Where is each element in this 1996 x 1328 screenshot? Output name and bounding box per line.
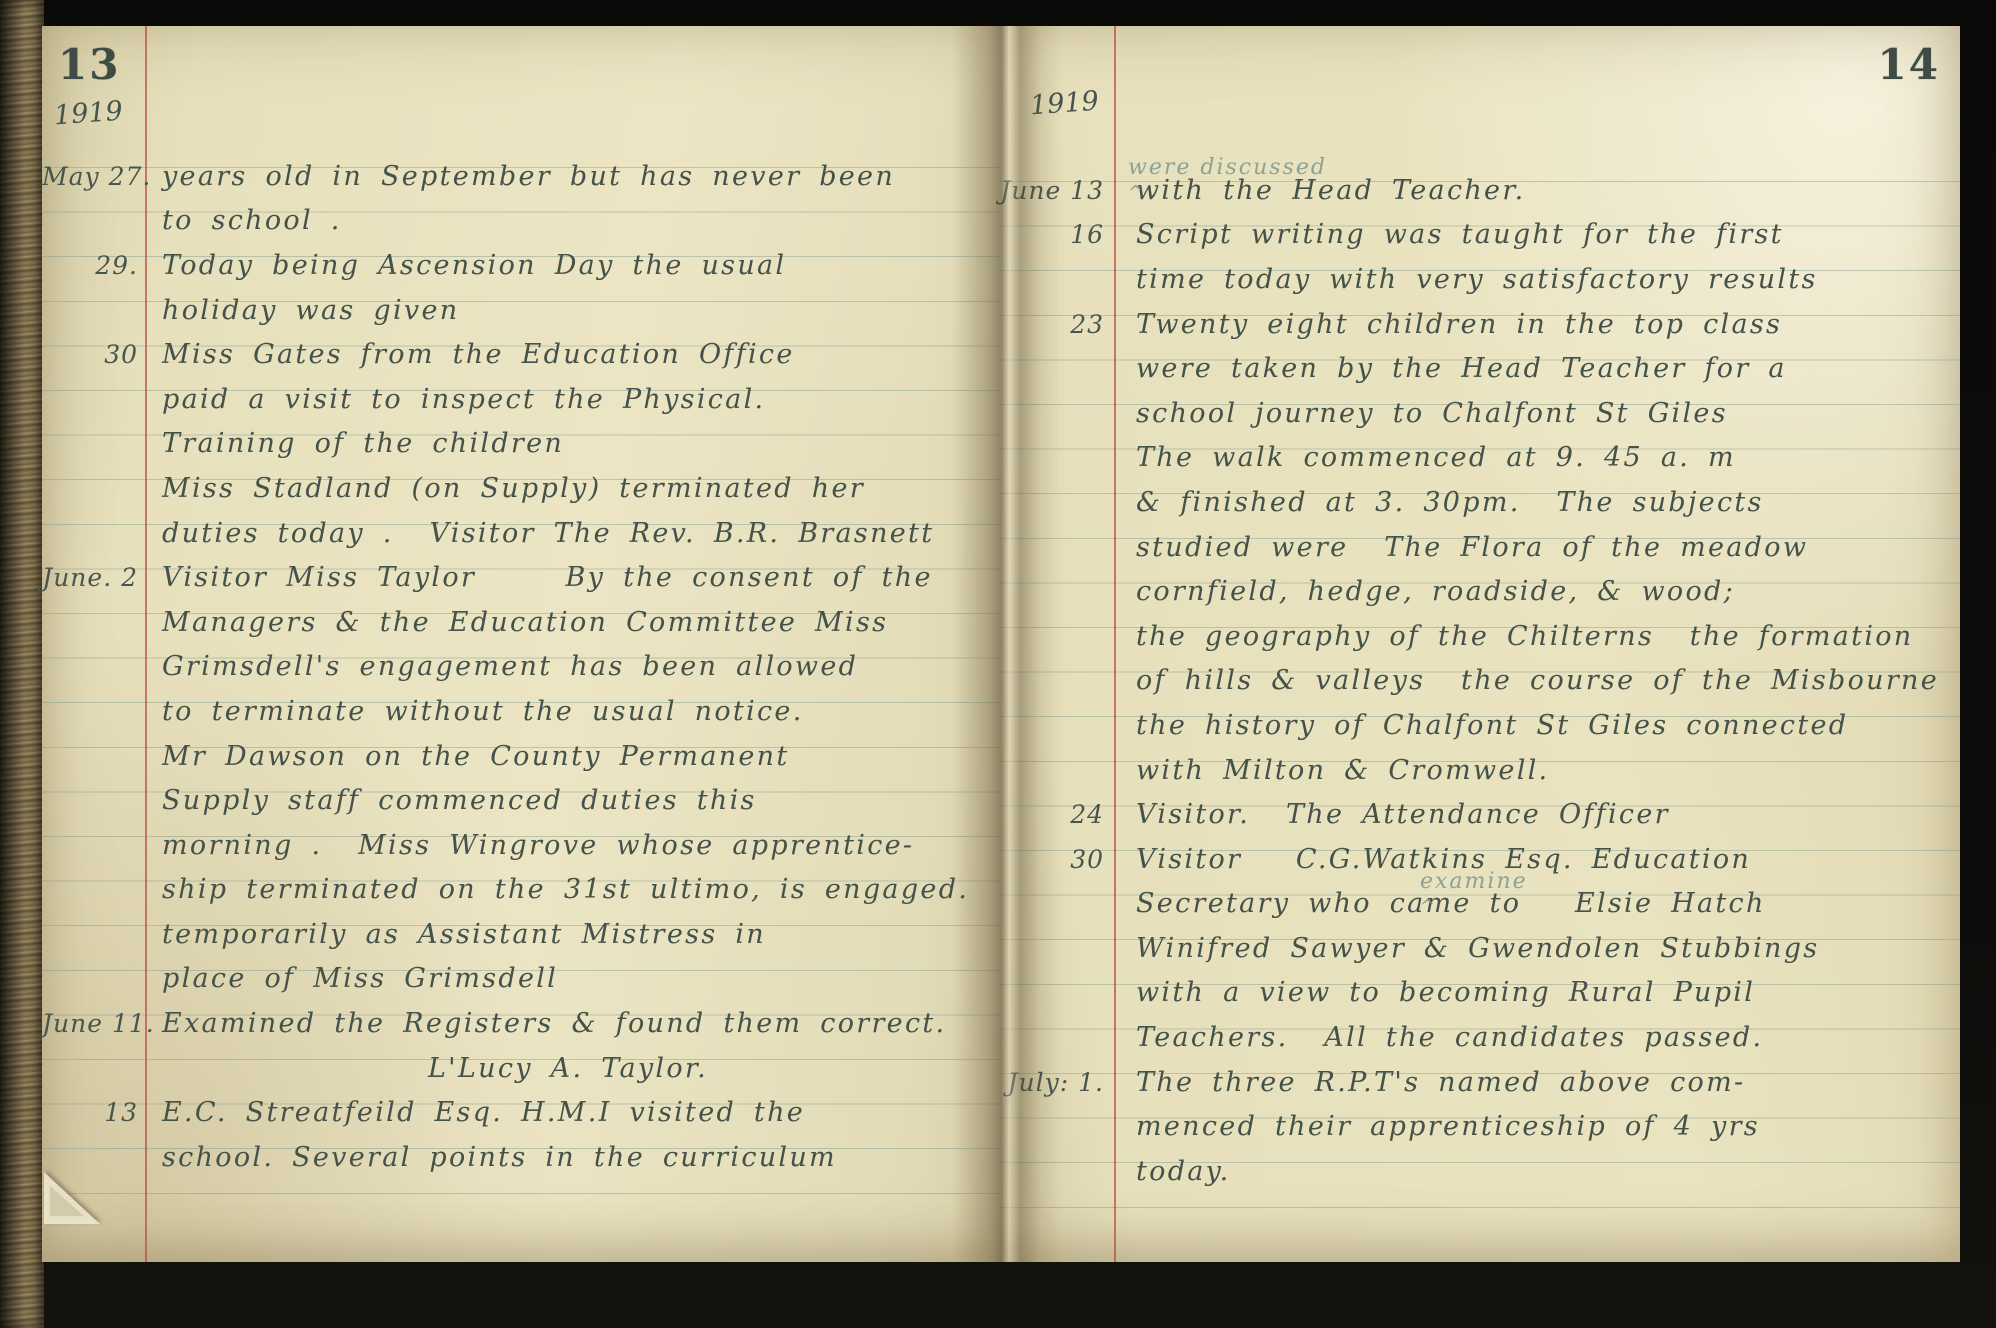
entry-text: menced their apprenticeship of 4 yrs — [1136, 1111, 1760, 1142]
year-heading: 1919 — [53, 96, 124, 132]
entry-line: paid a visit to inspect the Physical. — [42, 377, 994, 422]
entry-line: Mr Dawson on the County Permanent — [42, 734, 994, 779]
page-number: 14 — [1878, 40, 1940, 89]
entry-line: school journey to Chalfont St Giles — [1000, 391, 1954, 436]
page-13: 13 1919 May 27.years old in September bu… — [42, 26, 1000, 1262]
entry-date: 29. — [42, 251, 142, 280]
entry-text: duties today . Visitor The Rev. B.R. Bra… — [162, 518, 934, 549]
entry-line: holiday was given — [42, 288, 994, 333]
entry-line: studied were The Flora of the meadow — [1000, 525, 1954, 570]
year-heading: 1919 — [1029, 86, 1100, 122]
page-14: 14 1919 June 13with the Head Teacher.wer… — [1000, 26, 1960, 1262]
entry-line: 30Miss Gates from the Education Office — [42, 332, 994, 377]
entry-text: ship terminated on the 31st ultimo, is e… — [162, 874, 969, 905]
entry-text: holiday was given — [162, 295, 459, 326]
entry-text: today. — [1136, 1156, 1231, 1187]
entry-text: paid a visit to inspect the Physical. — [162, 384, 765, 415]
entry-text: Managers & the Education Committee Miss — [162, 607, 888, 638]
entry-text: L'Lucy A. Taylor. — [428, 1053, 708, 1084]
entry-line: 23Twenty eight children in the top class — [1000, 302, 1954, 347]
entry-text: Today being Ascension Day the usual — [162, 250, 786, 281]
entry-text: Twenty eight children in the top class — [1136, 309, 1782, 340]
entry-line: L'Lucy A. Taylor. — [42, 1046, 994, 1091]
entry-text: The walk commenced at 9. 45 a. m — [1136, 442, 1736, 473]
entry-line: the geography of the Chilterns the forma… — [1000, 614, 1954, 659]
entry-line: 24Visitor. The Attendance Officer — [1000, 792, 1954, 837]
entry-text: E.C. Streatfeild Esq. H.M.I visited the — [162, 1097, 805, 1128]
entry-date: 16 — [1000, 220, 1116, 249]
entry-text: studied were The Flora of the meadow — [1136, 532, 1808, 563]
entry-line: June 11.Examined the Registers & found t… — [42, 1001, 994, 1046]
entry-line: of hills & valleys the course of the Mis… — [1000, 659, 1954, 704]
book-page-edges — [0, 0, 44, 1328]
entry-line: June 13with the Head Teacher.were discus… — [1000, 168, 1954, 213]
entry-line: time today with very satisfactory result… — [1000, 257, 1954, 302]
folded-corner — [44, 1172, 100, 1224]
entry-text: to terminate without the usual notice. — [162, 696, 804, 727]
entry-text: place of Miss Grimsdell — [162, 963, 558, 994]
entry-text: with a view to becoming Rural Pupil — [1136, 977, 1755, 1008]
entry-text: Examined the Registers & found them corr… — [162, 1008, 946, 1039]
entry-line: 16Script writing was taught for the firs… — [1000, 213, 1954, 258]
entry-text: temporarily as Assistant Mistress in — [162, 919, 766, 950]
entry-date: 23 — [1000, 310, 1116, 339]
entry-line: Teachers. All the candidates passed. — [1000, 1015, 1954, 1060]
entry-date: July: 1. — [1000, 1068, 1116, 1097]
entry-line: 29.Today being Ascension Day the usual — [42, 243, 994, 288]
entry-line: Grimsdell's engagement has been allowed — [42, 645, 994, 690]
entry-text: time today with very satisfactory result… — [1136, 264, 1818, 295]
entry-date: June 11. — [42, 1009, 142, 1038]
entry-text: school journey to Chalfont St Giles — [1136, 398, 1728, 429]
entry-line: The walk commenced at 9. 45 a. m — [1000, 436, 1954, 481]
entry-text: Miss Gates from the Education Office — [162, 339, 795, 370]
entry-text: the history of Chalfont St Giles connect… — [1136, 710, 1848, 741]
entry-line: temporarily as Assistant Mistress in — [42, 912, 994, 957]
entry-line: place of Miss Grimsdell — [42, 957, 994, 1002]
entry-text: Training of the children — [162, 428, 564, 459]
entry-text: Mr Dawson on the County Permanent — [162, 741, 790, 772]
entry-line: Miss Stadland (on Supply) terminated her — [42, 466, 994, 511]
entry-date: June. 2 — [42, 563, 142, 592]
entry-line: morning . Miss Wingrove whose apprentice… — [42, 823, 994, 868]
entry-text: years old in September but has never bee… — [162, 161, 895, 192]
entry-line: & finished at 3. 30pm. The subjects — [1000, 480, 1954, 525]
entry-line: 13E.C. Streatfeild Esq. H.M.I visited th… — [42, 1090, 994, 1135]
entries-right: June 13with the Head Teacher.were discus… — [1000, 168, 1954, 1194]
entry-date: May 27. — [42, 162, 142, 191]
entry-text: Script writing was taught for the first — [1136, 219, 1784, 250]
entry-date: 30 — [1000, 845, 1116, 874]
entry-date: June 13 — [1000, 176, 1116, 205]
entry-line: with Milton & Cromwell. — [1000, 748, 1954, 793]
entry-date: 24 — [1000, 800, 1116, 829]
entry-text: Miss Stadland (on Supply) terminated her — [162, 473, 865, 504]
entry-line: ship terminated on the 31st ultimo, is e… — [42, 868, 994, 913]
entry-text: school. Several points in the curriculum — [162, 1142, 837, 1173]
entry-line: Secretary who came to Elsie Hatchexamine… — [1000, 882, 1954, 927]
entry-line: menced their apprenticeship of 4 yrs — [1000, 1104, 1954, 1149]
entry-text: were taken by the Head Teacher for a — [1136, 353, 1787, 384]
entry-line: Training of the children — [42, 422, 994, 467]
entry-date: 30 — [42, 340, 142, 369]
entry-text: Winifred Sawyer & Gwendolen Stubbings — [1136, 933, 1819, 964]
entry-line: Managers & the Education Committee Miss — [42, 600, 994, 645]
entry-line: to terminate without the usual notice. — [42, 689, 994, 734]
entry-text: with Milton & Cromwell. — [1136, 755, 1549, 786]
entry-text: The three R.P.T's named above com- — [1136, 1067, 1745, 1098]
entry-text: Visitor Miss Taylor By the consent of th… — [162, 562, 933, 593]
entry-text: morning . Miss Wingrove whose apprentice… — [162, 830, 914, 861]
insertion-caret: ^ — [1128, 182, 1143, 203]
entry-line: July: 1.The three R.P.T's named above co… — [1000, 1060, 1954, 1105]
entry-text: of hills & valleys the course of the Mis… — [1136, 665, 1939, 696]
entry-text: Teachers. All the candidates passed. — [1136, 1022, 1763, 1053]
pencil-insertion: examine — [1420, 869, 1528, 894]
entry-text: Grimsdell's engagement has been allowed — [162, 651, 858, 682]
entry-line: duties today . Visitor The Rev. B.R. Bra… — [42, 511, 994, 556]
entry-text: cornfield, hedge, roadside, & wood; — [1136, 576, 1735, 607]
entry-line: school. Several points in the curriculum — [42, 1135, 994, 1180]
logbook-scan: 13 1919 May 27.years old in September bu… — [0, 0, 1996, 1328]
entry-line: cornfield, hedge, roadside, & wood; — [1000, 569, 1954, 614]
entry-line: to school . — [42, 199, 994, 244]
entry-text: Supply staff commenced duties this — [162, 785, 757, 816]
entry-text: to school . — [162, 205, 342, 236]
entry-date: 13 — [42, 1098, 142, 1127]
pencil-insertion: were discussed — [1128, 155, 1327, 180]
entries-left: May 27.years old in September but has ne… — [42, 154, 994, 1180]
entry-line: Winifred Sawyer & Gwendolen Stubbings — [1000, 926, 1954, 971]
entry-line: were taken by the Head Teacher for a — [1000, 346, 1954, 391]
entry-line: today. — [1000, 1149, 1954, 1194]
page-number: 13 — [58, 40, 120, 89]
entry-line: May 27.years old in September but has ne… — [42, 154, 994, 199]
entry-text: & finished at 3. 30pm. The subjects — [1136, 487, 1764, 518]
entry-text: Visitor. The Attendance Officer — [1136, 799, 1670, 830]
entry-line: Supply staff commenced duties this — [42, 778, 994, 823]
entry-line: with a view to becoming Rural Pupil — [1000, 971, 1954, 1016]
insertion-caret: ^ — [1420, 896, 1435, 917]
entry-line: June. 2Visitor Miss Taylor By the consen… — [42, 555, 994, 600]
entry-text: the geography of the Chilterns the forma… — [1136, 621, 1914, 652]
entry-line: the history of Chalfont St Giles connect… — [1000, 703, 1954, 748]
